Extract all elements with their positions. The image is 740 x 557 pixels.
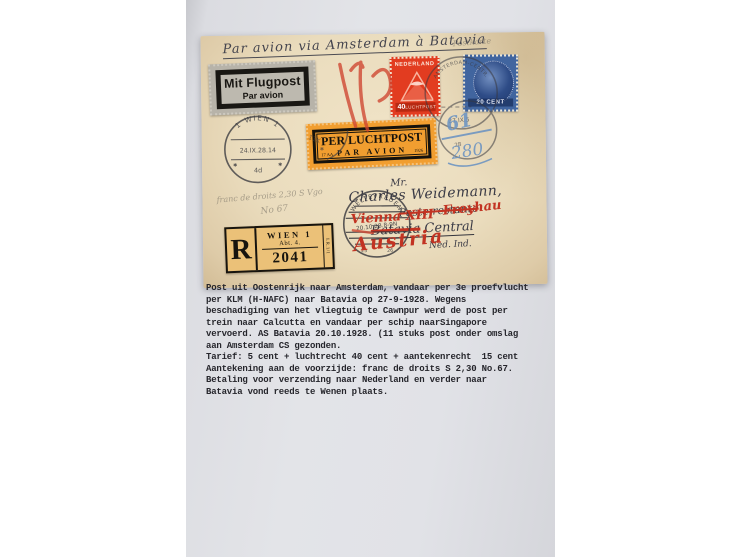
registration-side-cell: I.R.1/1 xyxy=(322,225,333,267)
mit-flugpost-frame: Mit Flugpost Par avion xyxy=(215,67,309,110)
stamp-artwork xyxy=(397,70,434,102)
description-line: aan Amsterdam CS gezonden. xyxy=(206,341,546,353)
description-line: Post uit Oostenrijk naar Amsterdam, vand… xyxy=(206,283,546,295)
description-text: Post uit Oostenrijk naar Amsterdam, vand… xyxy=(206,283,546,398)
redirect-country: Austria xyxy=(352,225,445,256)
stamp-value-band: 40 LUCHTPOST xyxy=(395,102,435,112)
pencil-rate-note: franc de droits 2,30 S Vgo xyxy=(216,187,323,205)
description-line: trein naar Calcutta en vandaar per schip… xyxy=(206,318,546,330)
stamp-value: 40 xyxy=(397,104,405,111)
description-line: Batavia vond reeds te Wenen plaats. xyxy=(206,387,546,399)
registration-number: 2041 xyxy=(272,249,309,267)
description-line: vervoerd. AS Batavia 20.10.1928. (11 stu… xyxy=(206,329,546,341)
stamp-denomination: 20 CENT xyxy=(468,99,513,107)
registration-side-text: I.R.1/1 xyxy=(325,238,331,254)
mit-flugpost-label: Mit Flugpost Par avion xyxy=(208,60,317,115)
per-luchtpost-frame: PER LUCHTPOST PAR AVION 17 AA 1926 xyxy=(312,124,431,164)
registration-dept: Abt. 4. xyxy=(279,239,301,247)
registration-detail: WIEN 1 Abt. 4. 2041 xyxy=(256,225,324,270)
per-luchtpost-small-left: 17 AA xyxy=(321,152,333,158)
svg-text:✱: ✱ xyxy=(233,163,238,169)
wien-postmark-text: 1 WIEN 1 24.IX.28.14 4d ✱✱ xyxy=(232,114,283,175)
svg-text:4d: 4d xyxy=(254,166,262,174)
registration-letter: R xyxy=(226,228,258,271)
description-line: Betaling voor verzending naar Nederland … xyxy=(206,375,546,387)
registration-label: R WIEN 1 Abt. 4. 2041 I.R.1/1 xyxy=(224,223,335,273)
description-line: Tarief: 5 cent + luchtrecht 40 cent + aa… xyxy=(206,352,546,364)
red-airmail-stamp: NEDERLAND 40 LUCHTPOST xyxy=(389,56,440,117)
wien-postmark xyxy=(224,116,291,183)
per-luchtpost-inner: PER LUCHTPOST PAR AVION 17 AA 1926 xyxy=(316,128,427,159)
description-line: per KLM (H-NAFC) naar Batavia op 27-9-19… xyxy=(206,295,546,307)
per-luchtpost-line2: PAR AVION xyxy=(337,145,407,157)
description-line: Aantekening aan de voorzijde: franc de d… xyxy=(206,364,546,376)
mit-flugpost-line2: Par avion xyxy=(242,90,283,102)
stamp-caption: LUCHTPOST xyxy=(405,104,436,110)
svg-text:✱: ✱ xyxy=(278,162,283,168)
blue-definitive-stamp: 20 CENT xyxy=(463,55,518,112)
photo-backdrop: Par avion via Amsterdam à Batavia Postka… xyxy=(186,0,555,557)
per-luchtpost-small-right: 1926 xyxy=(414,148,423,153)
pencil-number-note: No 67 xyxy=(260,204,289,217)
per-luchtpost-label: PER LUCHTPOST PAR AVION 17 AA 1926 xyxy=(306,118,438,170)
svg-text:24.IX.28.14: 24.IX.28.14 xyxy=(240,147,276,154)
stamp-country-text: NEDERLAND xyxy=(392,61,438,68)
postal-cover: Par avion via Amsterdam à Batavia Postka… xyxy=(200,32,547,288)
svg-text:1 WIEN 1: 1 WIEN 1 xyxy=(234,114,282,130)
description-line: beschadiging van het vliegtuig te Cawnpu… xyxy=(206,306,546,318)
mit-flugpost-line1: Mit Flugpost xyxy=(224,74,301,91)
album-page-photo: Par avion via Amsterdam à Batavia Postka… xyxy=(0,0,740,557)
